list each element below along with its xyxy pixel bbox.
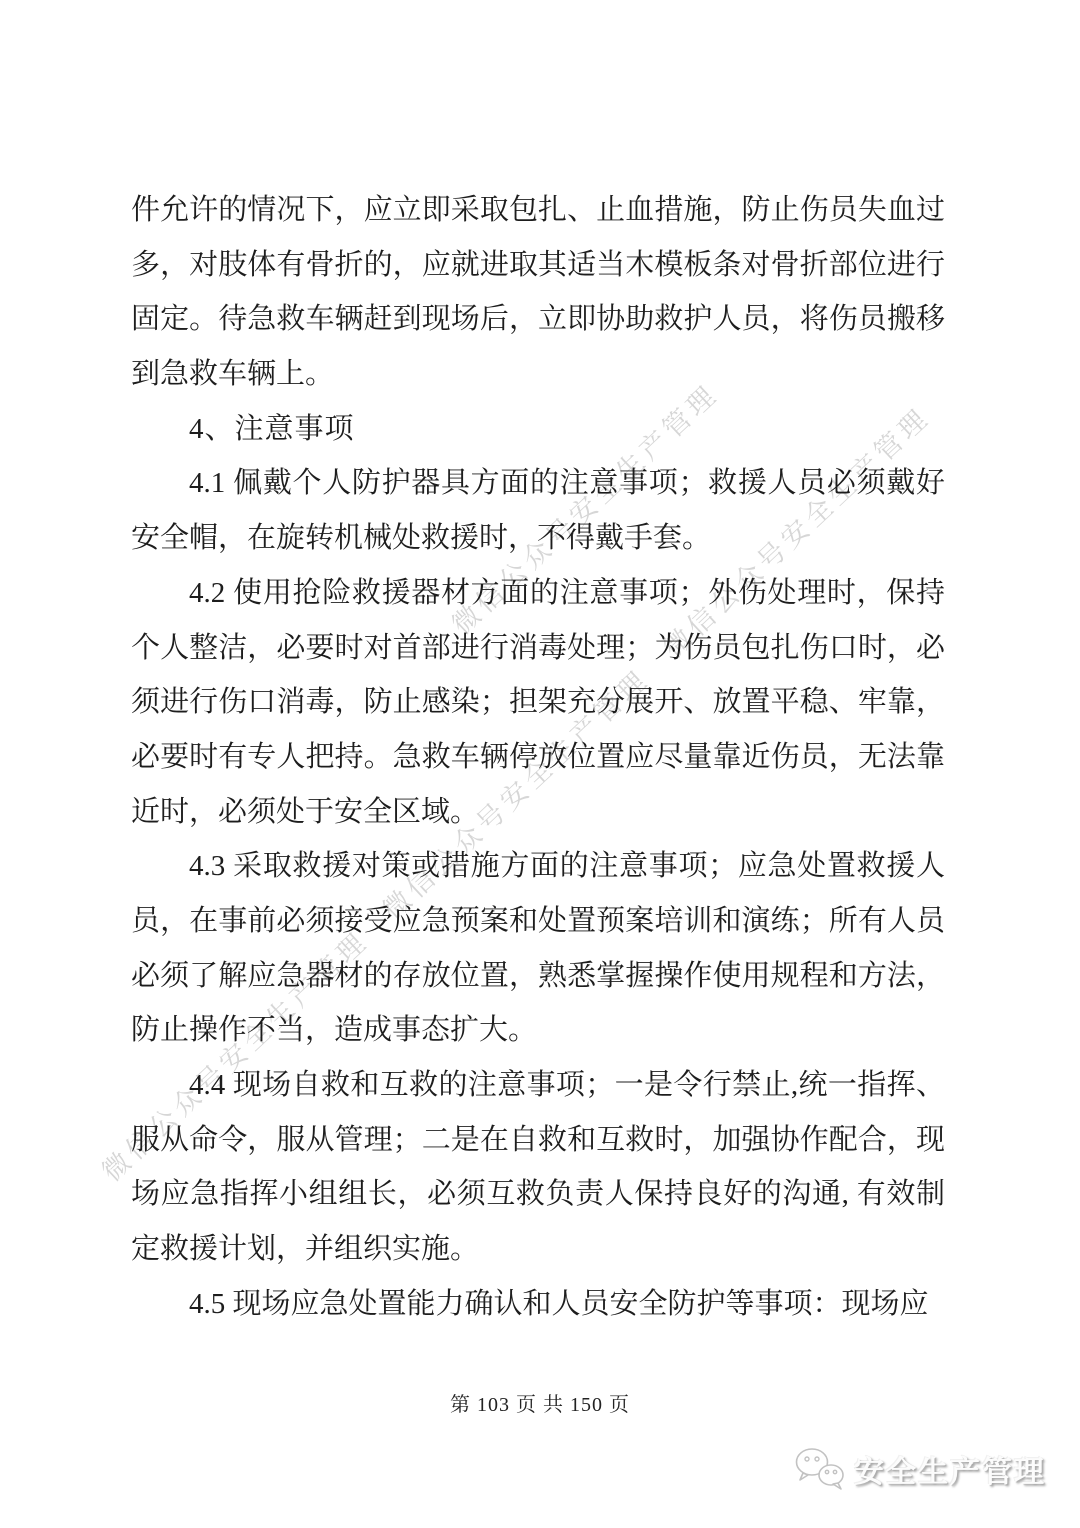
text-line: 4.3 采取救援对策或措施方面的注意事项；应急处置救援人 [131,839,945,894]
text-line: 多，对肢体有骨折的，应就进取其适当木模板条对骨折部位进行 [131,238,945,293]
document-page: 微信公众号安全生产管理 微信公众号安全生产管理 微信公众号安全生产管理微信公众号… [0,0,1080,1528]
wechat-icon [794,1446,846,1492]
text-line: 防止操作不当，造成事态扩大。 [131,1003,945,1058]
text-line: 场应急指挥小组组长，必须互救负责人保持良好的沟通, 有效制 [131,1167,945,1222]
text-line: 4.1 佩戴个人防护器具方面的注意事项；救援人员必须戴好 [131,456,945,511]
text-line: 定救援计划，并组织实施。 [131,1222,945,1277]
text-line: 个人整洁，必要时对首部进行消毒处理；为伤员包扎伤口时，必 [131,621,945,676]
text-line: 服从命令，服从管理；二是在自救和互救时，加强协作配合，现 [131,1113,945,1168]
section-heading: 4、注意事项 [131,402,945,457]
text-line: 近时，必须处于安全区域。 [131,785,945,840]
wechat-brand-badge: 安全生产管理 [794,1446,1046,1492]
text-line: 必须了解应急器材的存放位置，熟悉掌握操作使用规程和方法， [131,949,945,1004]
document-body: 件允许的情况下，应立即采取包扎、止血措施，防止伤员失血过多，对肢体有骨折的，应就… [131,183,945,1331]
text-line: 必要时有专人把持。急救车辆停放位置应尽量靠近伤员，无法靠 [131,730,945,785]
page-number: 第 103 页 共 150 页 [0,1392,1080,1418]
text-line: 员，在事前必须接受应急预案和处置预案培训和演练；所有人员 [131,894,945,949]
text-line: 须进行伤口消毒，防止感染；担架充分展开、放置平稳、牢靠， [131,675,945,730]
brand-label: 安全生产管理 [854,1447,1046,1491]
text-line: 4.4 现场自救和互救的注意事项；一是令行禁止,统一指挥、 [131,1058,945,1113]
text-line: 4.5 现场应急处置能力确认和人员安全防护等事项：现场应 [131,1277,945,1332]
text-line: 4.2 使用抢险救援器材方面的注意事项；外伤处理时，保持 [131,566,945,621]
text-line: 安全帽，在旋转机械处救援时，不得戴手套。 [131,511,945,566]
text-line: 到急救车辆上。 [131,347,945,402]
text-line: 件允许的情况下，应立即采取包扎、止血措施，防止伤员失血过 [131,183,945,238]
text-line: 固定。待急救车辆赶到现场后，立即协助救护人员，将伤员搬移 [131,292,945,347]
